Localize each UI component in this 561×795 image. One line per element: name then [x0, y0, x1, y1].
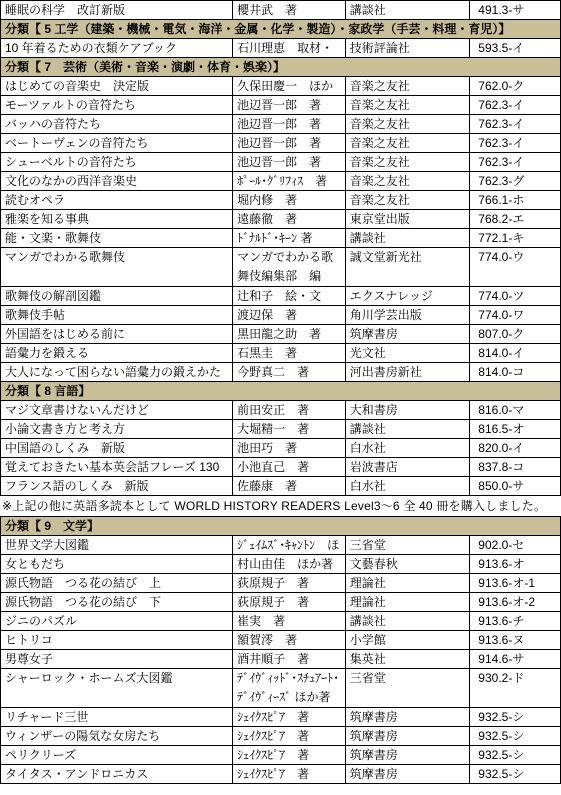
book-call-number: 932.5-シ — [469, 727, 560, 745]
table-row-book: ジニのパズル 崔実 著 講談社 913.6-チ — [0, 611, 561, 631]
table-row-book: ペリクリーズ ｼｪｲｸｽﾋﾟｱ 著 筑摩書房 932.5-シ — [0, 745, 561, 765]
book-publisher: 岩波書店 — [345, 458, 470, 476]
book-title: 源氏物語 つる花の結び 下 — [1, 593, 232, 611]
book-title: 睡眠の科学 改訂新版 — [1, 1, 232, 19]
book-call-number: 766.1-ホ — [469, 191, 560, 209]
book-author: 石黒圭 著 — [232, 344, 345, 362]
book-publisher: 三省堂 — [345, 669, 470, 707]
book-publisher: 河出書房新社 — [345, 363, 470, 381]
table-row-book: 世界文学大図鑑 ｼﾞｪｲﾑｽﾞ･ｷｬﾝﾄﾝ ほか著 三省堂 902.0-セ — [0, 535, 561, 555]
book-publisher: 筑摩書房 — [345, 727, 470, 745]
book-call-number: 913.6-ヌ — [469, 631, 560, 649]
book-author: マンガでわかる歌舞伎編集部 編 — [232, 248, 345, 286]
book-call-number: 932.5-シ — [469, 765, 560, 783]
book-publisher: 集英社 — [345, 650, 470, 668]
table-row-book: マンガでわかる歌舞伎 マンガでわかる歌舞伎編集部 編 誠文堂新光社 774.0-… — [0, 247, 561, 287]
book-publisher: 誠文堂新光社 — [345, 248, 470, 286]
book-title: タイタス・アンドロニカス — [1, 765, 232, 783]
table-row-book: はじめての音楽史 決定版 久保田慶一 ほか 音楽之友社 762.0-ク — [0, 76, 561, 96]
book-call-number: 930.2-ド — [469, 669, 560, 707]
book-call-number: 932.5-シ — [469, 708, 560, 726]
book-publisher: 白水社 — [345, 439, 470, 457]
book-title: 文化のなかの西洋音楽史 — [1, 172, 232, 190]
book-publisher: 東京堂出版 — [345, 210, 470, 228]
table-row-book: 歌舞伎手帖 渡辺保 著 角川学芸出版 774.0-ワ — [0, 305, 561, 325]
table-row-book: フランス語のしくみ 新版 佐藤康 著 白水社 850.0-サ — [0, 476, 561, 496]
book-author: 辻和子 絵・文 — [232, 287, 345, 305]
book-title: ベートーヴェンの音符たち — [1, 134, 232, 152]
book-author: 池辺晋一郎 著 — [232, 96, 345, 114]
book-publisher: 筑摩書房 — [345, 325, 470, 343]
book-call-number: 593.5-イ — [469, 39, 560, 57]
table-row-book: シューベルトの音符たち 池辺晋一郎 著 音楽之友社 762.3-イ — [0, 152, 561, 172]
book-title: 雅楽を知る事典 — [1, 210, 232, 228]
book-title: ペリクリーズ — [1, 746, 232, 764]
book-call-number: 814.0-イ — [469, 344, 560, 362]
book-title: シューベルトの音符たち — [1, 153, 232, 171]
book-author: 大堀精一 著 — [232, 420, 345, 438]
book-title: 歌舞伎の解剖図鑑 — [1, 287, 232, 305]
book-publisher: 白水社 — [345, 477, 470, 495]
book-publisher: 筑摩書房 — [345, 765, 470, 783]
book-author: 石川理恵 取材・文 — [232, 39, 345, 57]
book-title: ジニのパズル — [1, 612, 232, 630]
book-title: フランス語のしくみ 新版 — [1, 477, 232, 495]
table-row-book: 源氏物語 つる花の結び 上 荻原規子 著 理論社 913.6-オ-1 — [0, 573, 561, 593]
book-author: 櫻井武 著 — [232, 1, 345, 19]
book-author: ｼｪｲｸｽﾋﾟｱ 著 — [232, 746, 345, 764]
book-author: 池田巧 著 — [232, 439, 345, 457]
book-publisher: 講談社 — [345, 1, 470, 19]
book-author: 遠藤徹 著 — [232, 210, 345, 228]
book-call-number: 762.0-ク — [469, 77, 560, 95]
book-title: 源氏物語 つる花の結び 上 — [1, 574, 232, 592]
book-author: 村山由佳 ほか著 — [232, 555, 345, 573]
table-row-book: 源氏物語 つる花の結び 下 荻原規子 著 理論社 913.6-オ-2 — [0, 592, 561, 612]
category-section-header: 分類【 9 文学】 — [0, 516, 561, 536]
book-publisher: 音楽之友社 — [345, 191, 470, 209]
category-section-header: 分類【 5 工学（建築・機械・電気・海洋・金属・化学・製造）・家政学（手芸・料理… — [0, 19, 561, 39]
book-title: バッハの音符たち — [1, 115, 232, 133]
book-publisher: 講談社 — [345, 229, 470, 247]
category-section-header: 分類【 7 芸術（美術・音楽・演劇・体育・娯楽）】 — [0, 57, 561, 77]
book-title: 小論文書き方と考え方 — [1, 420, 232, 438]
book-author: 荻原規子 著 — [232, 574, 345, 592]
book-call-number: 913.6-チ — [469, 612, 560, 630]
book-author: 池辺晋一郎 著 — [232, 115, 345, 133]
table-row-book: ベートーヴェンの音符たち 池辺晋一郎 著 音楽之友社 762.3-イ — [0, 133, 561, 153]
book-publisher: 講談社 — [345, 612, 470, 630]
book-publisher: 技術評論社 — [345, 39, 470, 57]
book-title: 能・文楽・歌舞伎 — [1, 229, 232, 247]
book-author: 黒田龍之助 著 — [232, 325, 345, 343]
book-publisher: 音楽之友社 — [345, 115, 470, 133]
table-row-book: 能・文楽・歌舞伎 ﾄﾞﾅﾙﾄﾞ･ｷｰﾝ 著 講談社 772.1-キ — [0, 228, 561, 248]
book-title: 世界文学大図鑑 — [1, 536, 232, 554]
book-call-number: 772.1-キ — [469, 229, 560, 247]
table-row-book: ヒトリコ 額賀澪 著 小学館 913.6-ヌ — [0, 630, 561, 650]
book-author: 池辺晋一郎 著 — [232, 153, 345, 171]
table-row-book: 中国語のしくみ 新版 池田巧 著 白水社 820.0-イ — [0, 438, 561, 458]
book-title: モーツァルトの音符たち — [1, 96, 232, 114]
table-row-book: ウィンザーの陽気な女房たち ｼｪｲｸｽﾋﾟｱ 著 筑摩書房 932.5-シ — [0, 726, 561, 746]
book-title: リチャード三世 — [1, 708, 232, 726]
book-call-number: 762.3-イ — [469, 134, 560, 152]
book-publisher: 理論社 — [345, 593, 470, 611]
book-publisher: 筑摩書房 — [345, 708, 470, 726]
book-author: ﾎﾟｰﾙ･ｸﾞﾘﾌｨｽ 著 — [232, 172, 345, 190]
book-publisher: 音楽之友社 — [345, 153, 470, 171]
table-row-book: リチャード三世 ｼｪｲｸｽﾋﾟｱ 著 筑摩書房 932.5-シ — [0, 707, 561, 727]
book-call-number: 491.3-サ — [469, 1, 560, 19]
book-call-number: 913.6-オ-2 — [469, 593, 560, 611]
category-section-header: 分類【 8 言語】 — [0, 381, 561, 401]
table-row-book: 女ともだち 村山由佳 ほか著 文藝春秋 913.6-オ — [0, 554, 561, 574]
book-call-number: 913.6-オ-1 — [469, 574, 560, 592]
book-title: 大人になって困らない語彙力の鍛えかた — [1, 363, 232, 381]
book-publisher: 光文社 — [345, 344, 470, 362]
book-call-number: 768.2-エ — [469, 210, 560, 228]
book-author: 久保田慶一 ほか — [232, 77, 345, 95]
book-author: ｼﾞｪｲﾑｽﾞ･ｷｬﾝﾄﾝ ほか著 — [232, 536, 345, 554]
book-author: 佐藤康 著 — [232, 477, 345, 495]
table-row-book: シャーロック・ホームズ大図鑑 ﾃﾞｲｳﾞｨｯﾄﾞ･ｽﾁｭｱｰﾄ･ﾃﾞｲｳﾞｨｰｽ… — [0, 668, 561, 708]
book-call-number: 820.0-イ — [469, 439, 560, 457]
book-call-number: 762.3-イ — [469, 115, 560, 133]
book-publisher: 大和書房 — [345, 401, 470, 419]
table-row-book: タイタス・アンドロニカス ｼｪｲｸｽﾋﾟｱ 著 筑摩書房 932.5-シ — [0, 764, 561, 784]
book-call-number: 932.5-シ — [469, 746, 560, 764]
purchase-note: ※上記の他に英語多読本として WORLD HISTORY READERS Lev… — [0, 496, 561, 517]
book-author: ﾄﾞﾅﾙﾄﾞ･ｷｰﾝ 著 — [232, 229, 345, 247]
book-publisher: 音楽之友社 — [345, 77, 470, 95]
book-publisher: 講談社 — [345, 420, 470, 438]
book-call-number: 774.0-ツ — [469, 287, 560, 305]
table-row-book: 小論文書き方と考え方 大堀精一 著 講談社 816.5-オ — [0, 419, 561, 439]
book-author: ﾃﾞｲｳﾞｨｯﾄﾞ･ｽﾁｭｱｰﾄ･ﾃﾞｲｳﾞｨｰｽﾞ ほか著 — [232, 669, 345, 707]
book-author: ｼｪｲｸｽﾋﾟｱ 著 — [232, 727, 345, 745]
book-author: 額賀澪 著 — [232, 631, 345, 649]
book-title: マジ文章書けないんだけど — [1, 401, 232, 419]
book-publisher: エクスナレッジ — [345, 287, 470, 305]
book-call-number: 816.0-マ — [469, 401, 560, 419]
book-title: 中国語のしくみ 新版 — [1, 439, 232, 457]
book-author: ｼｪｲｸｽﾋﾟｱ 著 — [232, 765, 345, 783]
book-call-number: 913.6-オ — [469, 555, 560, 573]
book-author: 崔実 著 — [232, 612, 345, 630]
book-author: 小池直己 著 — [232, 458, 345, 476]
table-row-book: 大人になって困らない語彙力の鍛えかた 今野真二 著 河出書房新社 814.0-コ — [0, 362, 561, 382]
table-row-book: 語彙力を鍛える 石黒圭 著 光文社 814.0-イ — [0, 343, 561, 363]
table-row-book: 睡眠の科学 改訂新版 櫻井武 著 講談社 491.3-サ — [0, 0, 561, 20]
book-title: 読むオペラ — [1, 191, 232, 209]
book-call-number: 816.5-オ — [469, 420, 560, 438]
book-call-number: 774.0-ウ — [469, 248, 560, 286]
table-row-book: モーツァルトの音符たち 池辺晋一郎 著 音楽之友社 762.3-イ — [0, 95, 561, 115]
book-call-number: 837.8-コ — [469, 458, 560, 476]
book-publisher: 三省堂 — [345, 536, 470, 554]
book-publisher: 文藝春秋 — [345, 555, 470, 573]
book-publisher: 音楽之友社 — [345, 134, 470, 152]
table-row-book: 覚えておきたい基本英会話フレーズ 130 小池直己 著 岩波書店 837.8-コ — [0, 457, 561, 477]
table-row-book: 外国語をはじめる前に 黒田龍之助 著 筑摩書房 807.0-ク — [0, 324, 561, 344]
book-title: 男尊女子 — [1, 650, 232, 668]
book-author: 酒井順子 著 — [232, 650, 345, 668]
book-title: はじめての音楽史 決定版 — [1, 77, 232, 95]
book-title: 女ともだち — [1, 555, 232, 573]
table-row-book: マジ文章書けないんだけど 前田安正 著 大和書房 816.0-マ — [0, 400, 561, 420]
book-call-number: 762.3-イ — [469, 153, 560, 171]
book-call-number: 774.0-ワ — [469, 306, 560, 324]
book-publisher: 理論社 — [345, 574, 470, 592]
book-publisher: 音楽之友社 — [345, 96, 470, 114]
book-author: ｼｪｲｸｽﾋﾟｱ 著 — [232, 708, 345, 726]
book-title: ヒトリコ — [1, 631, 232, 649]
book-list-table: 睡眠の科学 改訂新版 櫻井武 著 講談社 491.3-サ 分類【 5 工学（建築… — [0, 0, 561, 784]
book-publisher: 小学館 — [345, 631, 470, 649]
table-row-book: 雅楽を知る事典 遠藤徹 著 東京堂出版 768.2-エ — [0, 209, 561, 229]
book-author: 荻原規子 著 — [232, 593, 345, 611]
book-call-number: 807.0-ク — [469, 325, 560, 343]
table-row-book: 文化のなかの西洋音楽史 ﾎﾟｰﾙ･ｸﾞﾘﾌｨｽ 著 音楽之友社 762.3-グ — [0, 171, 561, 191]
table-row-book: 男尊女子 酒井順子 著 集英社 914.6-サ — [0, 649, 561, 669]
book-title: シャーロック・ホームズ大図鑑 — [1, 669, 232, 707]
book-publisher: 筑摩書房 — [345, 746, 470, 764]
book-title: 10 年着るための衣類ケアブック — [1, 39, 232, 57]
book-call-number: 762.3-イ — [469, 96, 560, 114]
book-title: 覚えておきたい基本英会話フレーズ 130 — [1, 458, 232, 476]
book-call-number: 902.0-セ — [469, 536, 560, 554]
book-author: 今野真二 著 — [232, 363, 345, 381]
book-title: 語彙力を鍛える — [1, 344, 232, 362]
book-author: 渡辺保 著 — [232, 306, 345, 324]
table-row-book: 読むオペラ 堀内修 著 音楽之友社 766.1-ホ — [0, 190, 561, 210]
book-author: 前田安正 著 — [232, 401, 345, 419]
book-title: ウィンザーの陽気な女房たち — [1, 727, 232, 745]
book-list-document: 睡眠の科学 改訂新版 櫻井武 著 講談社 491.3-サ 分類【 5 工学（建築… — [0, 0, 561, 784]
book-title: 外国語をはじめる前に — [1, 325, 232, 343]
book-call-number: 762.3-グ — [469, 172, 560, 190]
book-title: マンガでわかる歌舞伎 — [1, 248, 232, 286]
book-author: 堀内修 著 — [232, 191, 345, 209]
table-row-book: 歌舞伎の解剖図鑑 辻和子 絵・文 エクスナレッジ 774.0-ツ — [0, 286, 561, 306]
book-publisher: 音楽之友社 — [345, 172, 470, 190]
book-author: 池辺晋一郎 著 — [232, 134, 345, 152]
book-title: 歌舞伎手帖 — [1, 306, 232, 324]
table-row-book: バッハの音符たち 池辺晋一郎 著 音楽之友社 762.3-イ — [0, 114, 561, 134]
book-call-number: 814.0-コ — [469, 363, 560, 381]
book-call-number: 914.6-サ — [469, 650, 560, 668]
book-call-number: 850.0-サ — [469, 477, 560, 495]
book-publisher: 角川学芸出版 — [345, 306, 470, 324]
table-row-book: 10 年着るための衣類ケアブック 石川理恵 取材・文 技術評論社 593.5-イ — [0, 38, 561, 58]
